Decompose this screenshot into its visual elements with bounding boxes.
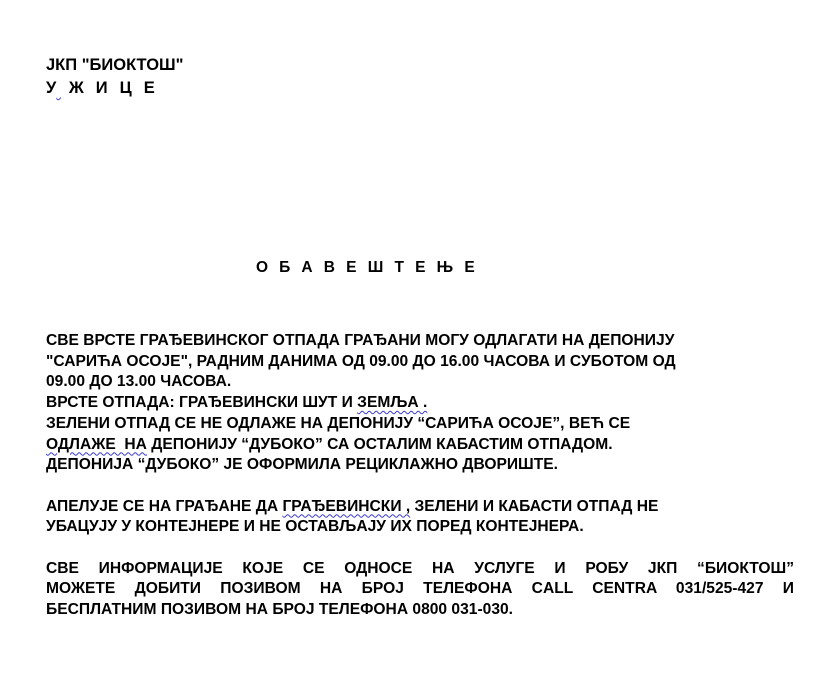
notice-title: ОБАВЕШТЕЊЕ xyxy=(256,258,486,278)
organization-name: ЈКП "БИОКТОШ" xyxy=(46,54,183,77)
appeal-line: АПЕЛУЈЕ СЕ НА ГРАЂАНЕ ДА ГРАЂЕВИНСКИ , З… xyxy=(46,497,794,518)
text-line: ЗЕЛЕНИ ОТПАД СЕ НЕ ОДЛАЖЕ НА ДЕПОНИЈУ “С… xyxy=(46,414,794,435)
text-line: БЕСПЛАТНИМ ПОЗИВОМ НА БРОЈ ТЕЛЕФОНА 0800… xyxy=(46,600,794,621)
document-page: ЈКП "БИОКТОШ" У ЖИЦЕ ОБАВЕШТЕЊЕ СВЕ ВРСТ… xyxy=(0,0,837,679)
city-letter: И xyxy=(96,77,108,100)
text-line: 09.00 ДО 13.00 ЧАСОВА. xyxy=(46,372,794,393)
title-letter: В xyxy=(324,258,335,278)
title-letter: Т xyxy=(394,258,403,278)
waste-types-line: ВРСТЕ ОТПАДА: ГРАЂЕВИНСКИ ШУТ И ЗЕМЉА . xyxy=(46,393,794,414)
city-name: У ЖИЦЕ xyxy=(46,77,183,100)
title-letters-flagged: ОБ xyxy=(256,258,290,278)
title-letter: А xyxy=(301,258,312,278)
title-letter: Е xyxy=(464,258,474,278)
text-line: СВЕ ИНФОРМАЦИЈЕ КОЈЕ СЕ ОДНОСЕ НА УСЛУГЕ… xyxy=(46,559,794,580)
text-line: ДЕПОНИЈА “ДУБОКО” ЈЕ ОФОРМИЛА РЕЦИКЛАЖНО… xyxy=(46,455,794,476)
city-letter: Ц xyxy=(120,77,132,100)
title-letter: Е xyxy=(346,258,356,278)
paragraph-disposal-hours: СВЕ ВРСТЕ ГРАЂЕВИНСКОГ ОТПАДА ГРАЂАНИ МО… xyxy=(46,331,794,476)
letterhead: ЈКП "БИОКТОШ" У ЖИЦЕ xyxy=(46,54,183,100)
green-waste-line: ОДЛАЖЕ НА ДЕПОНИЈУ “ДУБОКО” СА ОСТАЛИМ К… xyxy=(46,435,794,456)
city-letter: У Ж xyxy=(46,77,84,100)
title-letter: Ш xyxy=(368,258,384,278)
paragraph-appeal: АПЕЛУЈЕ СЕ НА ГРАЂАНЕ ДА ГРАЂЕВИНСКИ , З… xyxy=(46,497,794,538)
text-line: СВЕ ВРСТЕ ГРАЂЕВИНСКОГ ОТПАДА ГРАЂАНИ МО… xyxy=(46,331,794,352)
text-line: МОЖЕТЕ ДОБИТИ ПОЗИВОМ НА БРОЈ ТЕЛЕФОНА C… xyxy=(46,579,794,600)
city-letter: Е xyxy=(144,77,155,100)
text-line: УБАЦУЈУ У КОНТЕЈНЕРЕ И НЕ ОСТАВЉАЈУ ИХ П… xyxy=(46,517,794,538)
title-letter: Њ xyxy=(437,258,453,278)
spellcheck-flagged-word: ОДЛАЖЕ НА xyxy=(46,436,147,453)
spellcheck-flagged-word: ГРАЂЕВИНСКИ , xyxy=(282,498,410,515)
paragraph-contact-info: СВЕ ИНФОРМАЦИЈЕ КОЈЕ СЕ ОДНОСЕ НА УСЛУГЕ… xyxy=(46,559,794,621)
spellcheck-flagged-word: ЗЕМЉА . xyxy=(357,394,427,411)
text-line: "САРИЋА ОСОЈЕ", РАДНИМ ДАНИМА ОД 09.00 Д… xyxy=(46,352,794,373)
notice-body: СВЕ ВРСТЕ ГРАЂЕВИНСКОГ ОТПАДА ГРАЂАНИ МО… xyxy=(46,331,794,621)
title-letter: Е xyxy=(415,258,425,278)
